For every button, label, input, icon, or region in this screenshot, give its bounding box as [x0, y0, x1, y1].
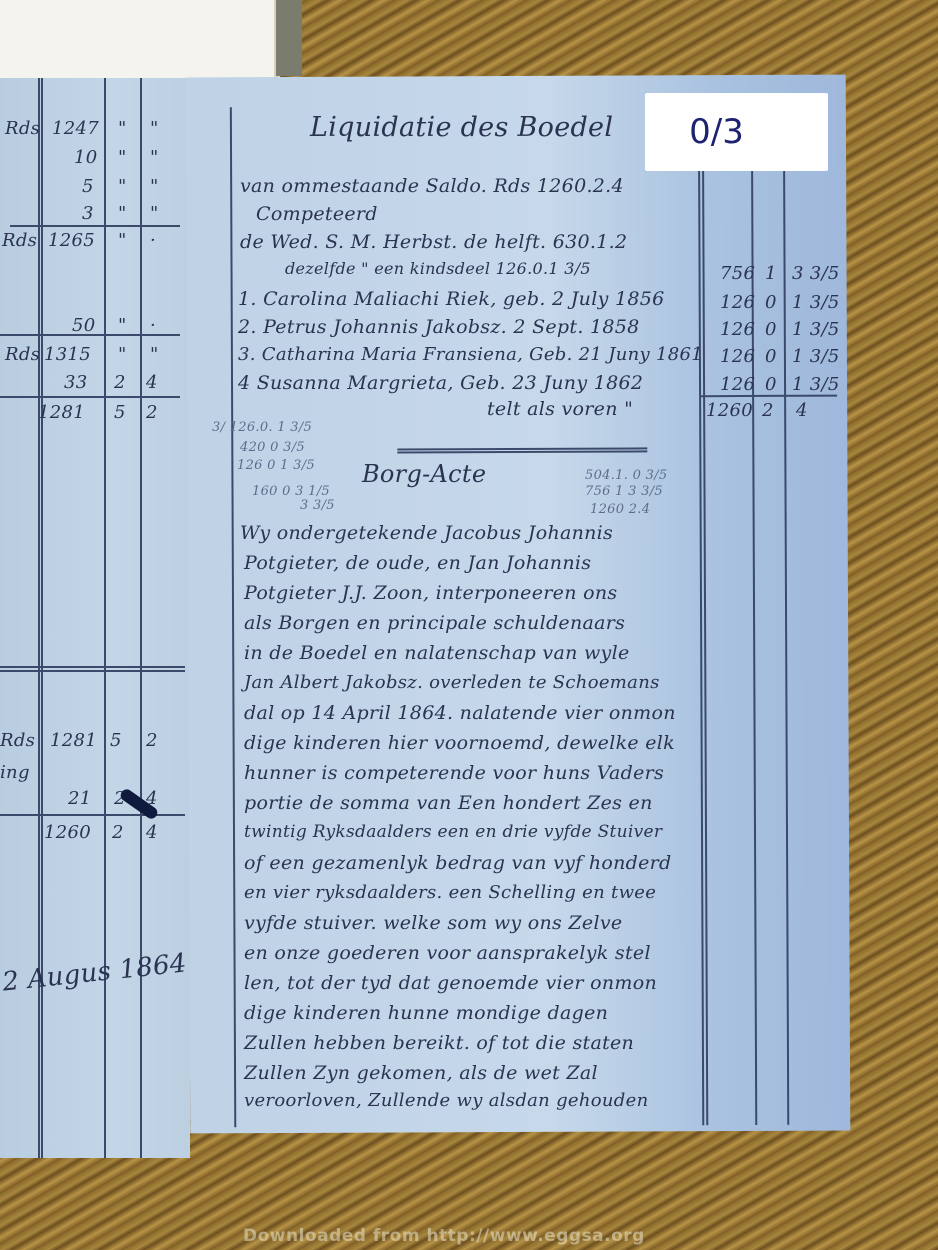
ledger-label: Rds	[2, 230, 37, 251]
pencil-calc: 126 0 1 3/5	[237, 458, 315, 473]
amount-st: 1 3/5	[792, 346, 840, 367]
body-line: en vier ryksdaalders. een Schelling en t…	[244, 882, 656, 903]
heir-entry: 2. Petrus Johannis Jakobsz. 2 Sept. 1858	[238, 316, 640, 338]
body-line: en onze goederen voor aansprakelyk stel	[244, 942, 651, 964]
ledger-col3: ·	[150, 230, 156, 251]
ledger-col3: 4	[146, 822, 158, 843]
same-share-line: dezelfde " een kindsdeel 126.0.1 3/5	[285, 259, 591, 278]
body-line: portie de somma van Een hondert Zes en	[244, 792, 653, 814]
column-rule	[783, 170, 789, 1125]
heir-entry: 1. Carolina Maliachi Riek, geb. 2 July 1…	[238, 288, 665, 310]
ledger-col3: 4	[146, 372, 158, 393]
ledger-amount: 33	[64, 372, 88, 393]
watermark: Downloaded from http://www.eggsa.org	[243, 1226, 645, 1246]
ledger-amount: 1247	[52, 118, 99, 139]
pencil-calc: 420 0 3/5	[240, 440, 305, 455]
pencil-calc: 504.1. 0 3/5	[585, 468, 667, 483]
row-rule	[0, 670, 185, 672]
ledger-amount: 1265	[48, 230, 95, 251]
body-line: als Borgen en principale schuldenaars	[244, 612, 625, 634]
page-counter-badge: 0/3	[645, 93, 828, 171]
pencil-calc: 3/ 126.0. 1 3/5	[212, 420, 312, 435]
body-line: dige kinderen hunne mondige dagen	[244, 1002, 608, 1024]
amount-st: 3 3/5	[792, 263, 840, 284]
amount-rds: 126	[720, 292, 755, 313]
ledger-col3: "	[150, 176, 159, 197]
amount-st: 1 3/5	[792, 374, 840, 395]
ledger-col2: 5	[114, 402, 126, 423]
ledger-label: Rds	[0, 730, 35, 751]
ledger-amount: 21	[68, 788, 92, 809]
column-rule	[140, 78, 142, 1158]
ledger-amount: 1260	[44, 822, 91, 843]
ledger-amount: 50	[72, 315, 96, 336]
ledger-col2: "	[118, 315, 127, 336]
body-line: twintig Ryksdaalders een en drie vyfde S…	[244, 822, 662, 842]
ledger-col2: "	[118, 118, 127, 139]
body-line: of een gezamenlyk bedrag van vyf honderd	[244, 852, 672, 874]
body-line: Potgieter J.J. Zoon, interponeeren ons	[244, 582, 617, 604]
ledger-col2: "	[118, 147, 127, 168]
body-line: dige kinderen hier voornoemd, dewelke el…	[244, 732, 675, 754]
amount-rds: 756	[720, 263, 755, 284]
ledger-amount: 1315	[44, 344, 91, 365]
amount-sch: 0	[765, 292, 777, 313]
ledger-col2: 2	[112, 822, 124, 843]
body-line: Jan Albert Jakobsz. overleden te Schoema…	[244, 672, 660, 693]
amount-sch: 1	[765, 263, 777, 284]
widow-share-line: de Wed. S. M. Herbst. de helft. 630.1.2	[240, 231, 627, 253]
amount-rds: 126	[720, 319, 755, 340]
row-rule	[0, 396, 180, 398]
body-line: Zullen Zyn gekomen, als de wet Zal	[244, 1062, 598, 1084]
amount-st: 1 3/5	[792, 319, 840, 340]
document-title: Liquidatie des Boedel	[310, 112, 613, 143]
margin-rule	[230, 107, 236, 1127]
ledger-amount: 10	[74, 147, 98, 168]
ledger-amount: 3	[82, 203, 94, 224]
amount-st-total: 4	[796, 400, 808, 421]
pencil-calc: 756 1 3 3/5	[585, 484, 663, 499]
body-line: vyfde stuiver. welke som wy ons Zelve	[244, 912, 622, 934]
ledger-col2: "	[118, 176, 127, 197]
body-line: Potgieter, de oude, en Jan Johannis	[244, 552, 591, 574]
section-heading: Borg-Acte	[362, 460, 486, 488]
body-line: veroorloven, Zullende wy alsdan gehouden	[244, 1090, 648, 1111]
amount-sch: 0	[765, 346, 777, 367]
ledger-col3: 2	[146, 730, 158, 751]
column-rule	[751, 170, 757, 1125]
ledger-col3: 2	[146, 402, 158, 423]
amount-st: 1 3/5	[792, 292, 840, 313]
ledger-col3: "	[150, 118, 159, 139]
pencil-calc: 1260 2.4	[590, 502, 650, 517]
row-rule	[0, 666, 185, 668]
amount-sch: 0	[765, 319, 777, 340]
amount-sch-total: 2	[762, 400, 774, 421]
pencil-calc: 160 0 3 1/5	[252, 484, 330, 499]
ledger-col2: "	[118, 230, 127, 251]
amount-rds-total: 1260	[706, 400, 753, 421]
amount-rds: 126	[720, 346, 755, 367]
ledger-col3: "	[150, 203, 159, 224]
ledger-col3: ·	[150, 315, 156, 336]
ledger-label: Rds	[5, 344, 40, 365]
ledger-col2: 2	[114, 372, 126, 393]
body-line: Wy ondergetekende Jacobus Johannis	[240, 522, 613, 544]
ledger-amount: 1281	[50, 730, 97, 751]
heir-entry: 4 Susanna Margrieta, Geb. 23 Juny 1862	[238, 372, 643, 394]
column-rule	[38, 78, 40, 1158]
ledger-col3: "	[150, 147, 159, 168]
ledger-amount: 1281	[38, 402, 85, 423]
body-line: hunner is competerende voor huns Vaders	[244, 762, 664, 784]
ledger-label: ing	[0, 762, 30, 783]
page-counter: 0/3	[689, 112, 744, 152]
pencil-calc: 3 3/5	[300, 498, 335, 513]
column-rule	[41, 78, 43, 1158]
body-line: dal op 14 April 1864. nalatende vier onm…	[244, 702, 676, 724]
ledger-col3: "	[150, 344, 159, 365]
heir-entry: 3. Catharina Maria Fransiena, Geb. 21 Ju…	[238, 344, 703, 365]
ledger-col2: "	[118, 344, 127, 365]
book-spine	[276, 0, 302, 76]
body-line: in de Boedel en nalatenschap van wyle	[244, 642, 630, 664]
body-line: Zullen hebben bereikt. of tot die staten	[244, 1032, 634, 1054]
competeerd-label: Competeerd	[256, 203, 378, 225]
total-line: telt als voren "	[487, 398, 633, 420]
intro-line: van ommestaande Saldo. Rds 1260.2.4	[240, 175, 624, 197]
amount-sch: 0	[765, 374, 777, 395]
row-rule	[10, 225, 180, 227]
paper-card-background	[0, 0, 280, 78]
column-rule	[104, 78, 106, 1158]
ledger-col2: 5	[110, 730, 122, 751]
section-divider	[397, 450, 647, 453]
body-line: len, tot der tyd dat genoemde vier onmon	[244, 972, 657, 994]
ledger-col2: "	[118, 203, 127, 224]
ledger-label: Rds	[5, 118, 40, 139]
amount-rds: 126	[720, 374, 755, 395]
ledger-amount: 5	[82, 176, 94, 197]
